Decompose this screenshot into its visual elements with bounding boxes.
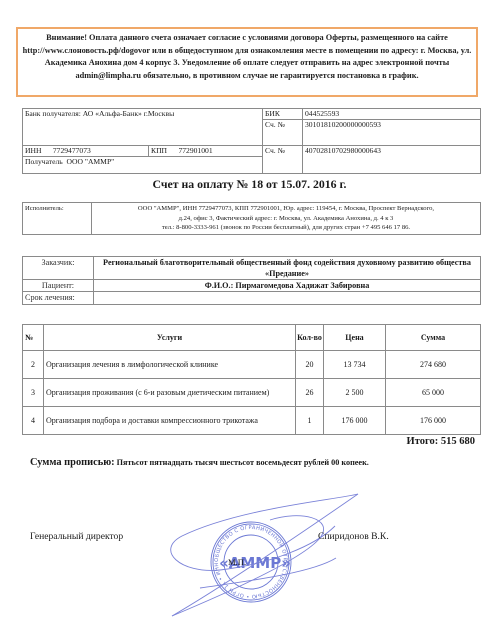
executor-line-1: ООО "АММР", ИНН 7729477073, КПП 77290100… (94, 204, 478, 214)
kpp-cell: КПП 772901001 (149, 146, 263, 157)
table-row: 2 Организация лечения в лимфологической … (23, 351, 481, 379)
account-label: Сч. № (263, 146, 303, 174)
services-header-row: № Услуги Кол-во Цена Сумма (23, 325, 481, 351)
col-price: Цена (324, 325, 386, 351)
recipient-cell: Получатель ООО "АММР" (23, 157, 263, 174)
table-row: 4 Организация подбора и доставки компрес… (23, 407, 481, 435)
inn-label: ИНН (25, 146, 41, 155)
signatory-role: Генеральный директор (30, 531, 123, 542)
invoice-total: Итого: 515 680 (407, 436, 475, 447)
row-qty: 1 (296, 407, 324, 435)
inn-value: 7729477073 (53, 146, 91, 155)
row-service: Организация подбора и доставки компресси… (44, 407, 296, 435)
customer-label: Заказчик: (23, 257, 94, 280)
patient-value: Ф.И.О.: Пирмагомедова Хадижат Забировна (94, 280, 481, 292)
signatory-name: Спиридонов В.К. (318, 531, 389, 542)
col-sum: Сумма (386, 325, 481, 351)
amount-words-label: Сумма прописью: (30, 457, 115, 468)
warning-text: Внимание! Оплата данного счета означает … (23, 33, 472, 80)
bik-value: 044525593 (303, 109, 481, 120)
account-value: 40702810702980000643 (303, 146, 481, 174)
company-seal-icon: ОБЩЕСТВО С ОГРАНИЧЕННОЙ ОТВЕТСТВЕННОСТЬЮ… (160, 490, 370, 630)
bik-label: БИК (263, 109, 303, 120)
row-qty: 20 (296, 351, 324, 379)
patient-label: Пациент: (23, 280, 94, 292)
row-sum: 274 680 (386, 351, 481, 379)
corr-account-label: Сч. № (263, 120, 303, 146)
table-row: 3 Организация проживания (с 6-и разовым … (23, 379, 481, 407)
treatment-term-value (94, 292, 481, 305)
kpp-value: 772901001 (178, 146, 212, 155)
corr-account-value: 30101810200000000593 (303, 120, 481, 146)
executor-line-3: тел.: 8-800-3333-961 (звонок по России б… (94, 223, 478, 233)
oferta-warning-box: Внимание! Оплата данного счета означает … (16, 27, 478, 97)
row-num: 4 (23, 407, 44, 435)
seal-place-mark: М.П. (228, 557, 246, 567)
customer-table: Заказчик: Региональный благотворительный… (22, 256, 481, 305)
executor-line-2: д.24, офис 3, Фактический адрес: г. Моск… (94, 214, 478, 224)
executor-table: Исполнитель: ООО "АММР", ИНН 7729477073,… (22, 202, 481, 235)
kpp-label: КПП (151, 146, 167, 155)
customer-value: Региональный благотворительный обществен… (94, 257, 481, 280)
col-service: Услуги (44, 325, 296, 351)
row-sum: 176 000 (386, 407, 481, 435)
bank-details-table: Банк получателя: АО «Альфа-Банк» г.Москв… (22, 108, 481, 174)
inn-cell: ИНН 7729477073 (23, 146, 149, 157)
row-sum: 65 000 (386, 379, 481, 407)
recipient-value: ООО "АММР" (67, 157, 115, 166)
executor-details: ООО "АММР", ИНН 7729477073, КПП 77290100… (92, 203, 481, 235)
row-num: 3 (23, 379, 44, 407)
row-price: 13 734 (324, 351, 386, 379)
amount-words-value: Пятьсот пятнадцать тысяч шестьсот восемь… (117, 458, 369, 467)
executor-label: Исполнитель: (23, 203, 92, 235)
row-service: Организация лечения в лимфологической кл… (44, 351, 296, 379)
invoice-title: Счет на оплату № 18 от 15.07. 2016 г. (0, 177, 499, 192)
row-price: 176 000 (324, 407, 386, 435)
col-qty: Кол-во (296, 325, 324, 351)
row-num: 2 (23, 351, 44, 379)
col-num: № (23, 325, 44, 351)
row-service: Организация проживания (с 6-и разовым ди… (44, 379, 296, 407)
row-price: 2 500 (324, 379, 386, 407)
amount-in-words: Сумма прописью: Пятьсот пятнадцать тысяч… (30, 457, 369, 468)
treatment-term-label: Срок лечения: (23, 292, 94, 305)
bank-name: Банк получателя: АО «Альфа-Банк» г.Москв… (23, 109, 263, 146)
services-table: № Услуги Кол-во Цена Сумма 2 Организация… (22, 324, 481, 435)
recipient-label: Получатель (25, 157, 63, 166)
row-qty: 26 (296, 379, 324, 407)
